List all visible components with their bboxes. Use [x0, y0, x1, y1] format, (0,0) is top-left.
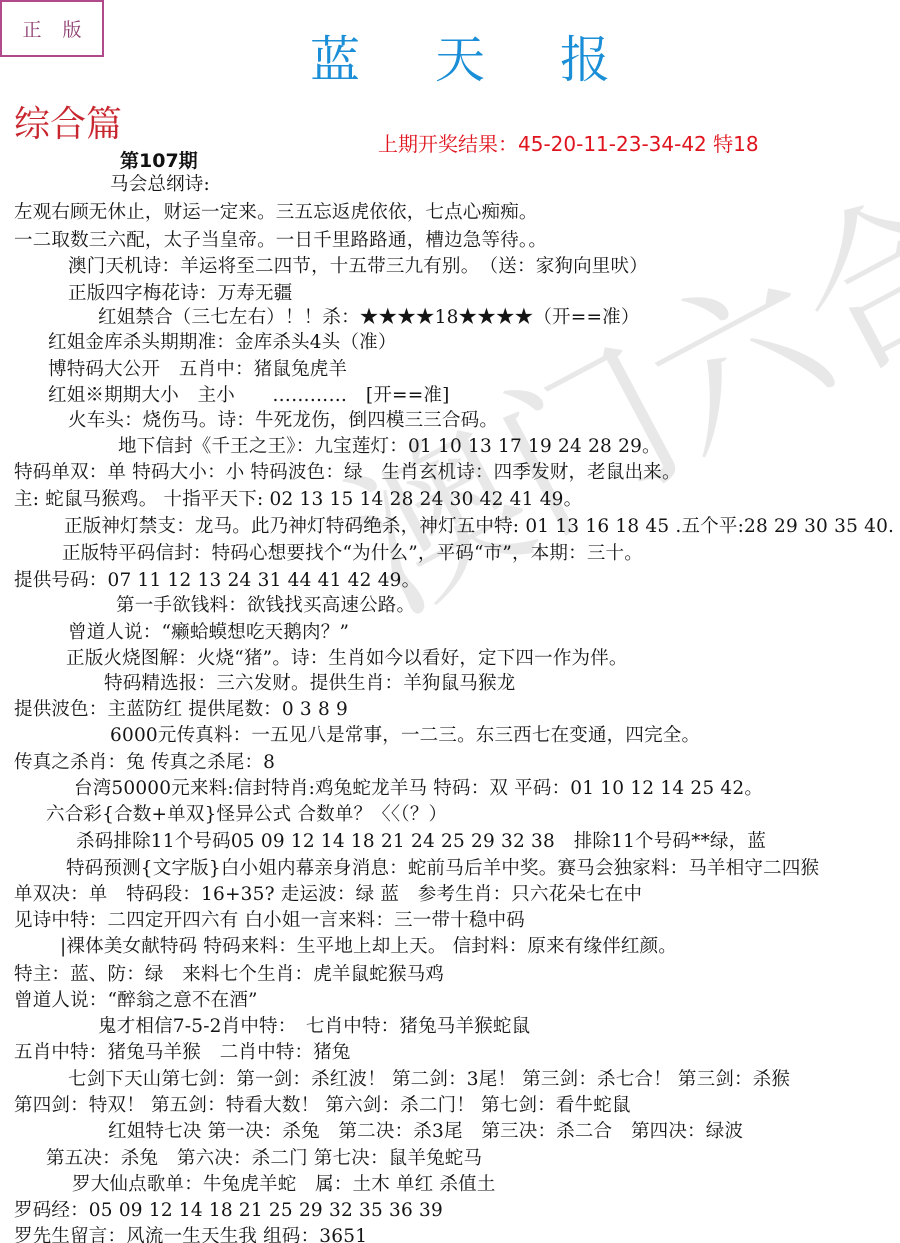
text-line: 正版火烧图解：火烧“猪”。诗：生肖如今以看好，定下四一作为伴。: [66, 644, 628, 670]
badge-char: 版: [62, 15, 81, 42]
text-line: 杀码排除11个号码05 09 12 14 18 21 24 25 29 32 3…: [76, 827, 766, 853]
text-line: 红姐禁合（三七左右）！！杀：★★★★18★★★★（开==准）: [98, 303, 640, 329]
text-line: 七剑下天山第七剑：第一剑：杀红波！ 第二剑：3尾！ 第三剑：杀七合！ 第三剑：杀…: [68, 1065, 790, 1091]
text-line: 曾道人说：“醉翁之意不在酒”: [14, 986, 258, 1012]
text-line: 单双决：单 特码段：16+35? 走运波：绿 蓝 参考生肖：只六花朵七在中: [14, 880, 642, 906]
text-line: 曾道人说：“癞蛤蟆想吃天鹅肉？”: [68, 618, 349, 644]
text-line: 马会总纲诗:: [110, 170, 210, 196]
section-title: 综合篇: [14, 96, 122, 147]
text-line: 澳门天机诗：羊运将至二四节，十五带三九有别。 （送：家狗向里吠）: [68, 252, 648, 278]
text-line: 红姐特七决 第一决：杀兔 第二决：杀3尾 第三决：杀二合 第四决：绿波: [108, 1117, 743, 1143]
text-line: 台湾50000元来料:信封特肖:鸡兔蛇龙羊马 特码：双 平码：01 10 12 …: [74, 774, 763, 800]
text-line: 博特码大公开 五肖中：猪鼠兔虎羊: [48, 355, 347, 381]
text-line: 红姐※期期大小 主小 ………… [开==准]: [48, 381, 450, 407]
authentic-badge: 正 版: [0, 0, 104, 57]
text-line: 传真之杀肖：兔 传真之杀尾：8: [14, 748, 275, 774]
text-line: |裸体美女献特码 特码来料：生平地上却上天。 信封料：原来有缘伴红颜。: [60, 932, 677, 958]
text-line: 鬼才相信7-5-2肖中特： 七肖中特：猪兔马羊猴蛇鼠: [98, 1012, 530, 1038]
text-line: 特码单双：单 特码大小：小 特码波色：绿 生肖玄机诗：四季发财，老鼠出来。: [14, 458, 681, 484]
badge-char: 正: [22, 15, 41, 42]
text-line: 罗大仙点歌单：牛兔虎羊蛇 属：土木 单红 杀值土: [72, 1170, 496, 1196]
title-char: 蓝: [300, 20, 370, 92]
text-line: 提供波色：主蓝防红 提供尾数：0 3 8 9: [14, 695, 348, 721]
title-char: 报: [550, 20, 620, 92]
text-line: 特主：蓝、防：绿 来料七个生肖：虎羊鼠蛇猴马鸡: [14, 960, 444, 986]
text-line: 第四剑：特双！ 第五剑：特看大数！ 第六剑：杀二门！ 第七剑：看牛蛇鼠: [14, 1091, 631, 1117]
title-char: 天: [425, 20, 495, 92]
text-line: 6000元传真料：一五见八是常事，一二三。东三西七在变通，四完全。: [110, 721, 700, 747]
text-line: 主: 蛇鼠马猴鸡。 十指平天下: 02 13 15 14 28 24 30 42…: [14, 485, 582, 511]
text-line: 第一手欲钱料：欲钱找买高速公路。: [116, 591, 415, 617]
text-line: 正版特平码信封：特码心想要找个“为什么”，平码“市”，本期：三十。: [62, 539, 643, 565]
text-line: 地下信封《千王之王》：九宝莲灯：01 10 13 17 19 24 28 29。: [118, 432, 661, 458]
text-line: 提供号码：07 11 12 13 24 31 44 41 42 49。: [14, 566, 420, 592]
text-line: 红姐金库杀头期期准：金库杀头4头（准）: [48, 328, 397, 354]
text-line: 火车头：烧伤马。诗：牛死龙伤，倒四模三三合码。: [68, 406, 498, 432]
text-line: 五肖中特：猪兔马羊猴 二肖中特：猪兔: [14, 1038, 351, 1064]
text-line: 罗先生留言：风流一生天生我 组码：3651: [14, 1222, 367, 1243]
text-line: 左观右顾无休止，财运一定来。三五忘返虎依依，七点心痴痴。: [14, 198, 538, 224]
text-line: 正版四字梅花诗：万寿无疆: [68, 279, 292, 305]
text-line: 六合彩{合数+单双}怪异公式 合数单？〈〈（？）: [46, 800, 447, 826]
text-line: 特码预测{文字版}白小姐内幕亲身消息：蛇前马后羊中奖。赛马会独家料：马羊相守二四…: [66, 854, 819, 880]
text-line: 罗码经：05 09 12 14 18 21 25 29 32 35 36 39: [14, 1196, 443, 1222]
page-title: 蓝 天 报: [300, 20, 620, 92]
issue-number: 第107期: [120, 146, 198, 173]
last-draw-result: 上期开奖结果：45-20-11-23-34-42 特18: [378, 128, 759, 157]
text-line: 一二取数三六配，太子当皇帝。一日千里路路通，槽边急等待。。: [14, 226, 547, 252]
text-line: 见诗中特：二四定开四六有 白小姐一言来料：三一带十稳中码: [14, 906, 525, 932]
text-line: 特码精选报：三六发财。提供生肖：羊狗鼠马猴龙: [104, 669, 515, 695]
text-line: 第五决：杀兔 第六决：杀二门 第七决：鼠羊兔蛇马: [46, 1144, 482, 1170]
text-line: 正版神灯禁支：龙马。此乃神灯特码绝杀，神灯五中特: 01 13 16 18 45…: [64, 512, 894, 538]
